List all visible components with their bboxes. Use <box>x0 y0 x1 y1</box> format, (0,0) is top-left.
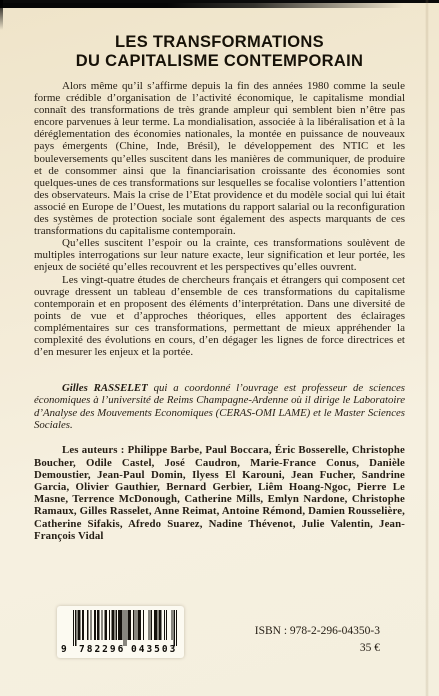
synopsis-paragraph-2: Qu’elles suscitent l’espoir ou la craint… <box>34 237 405 273</box>
book-title-line1: LES TRANSFORMATIONS <box>115 33 324 51</box>
scan-edge-left <box>0 0 3 30</box>
spine-crease <box>425 0 429 696</box>
isbn-block: ISBN : 978-2-296-04350-3 35 € <box>255 623 380 656</box>
barcode-digits-right: 043503 <box>131 644 177 655</box>
barcode-digits-left: 782296 <box>79 644 125 655</box>
synopsis-paragraph-3: Les vingt-quatre études de chercheurs fr… <box>34 274 405 359</box>
barcode-digit-lead: 9 <box>61 644 67 655</box>
cover-text-block: LES TRANSFORMATIONSDU CAPITALISME CONTEM… <box>34 0 405 542</box>
book-title-line2: DU CAPITALISME CONTEMPORAIN <box>76 52 363 70</box>
price: 35 € <box>255 640 380 657</box>
barcode-bars-icon <box>73 610 177 646</box>
isbn-number: ISBN : 978-2-296-04350-3 <box>255 623 380 640</box>
barcode: 9 782296 043503 <box>57 606 184 658</box>
synopsis-paragraph-1: Alors même qu’il s’affirme depuis la fin… <box>34 80 405 237</box>
authors-list: Les auteurs : Philippe Barbe, Paul Bocca… <box>34 444 405 542</box>
editor-name: Gilles RASSELET <box>62 382 148 394</box>
book-title: LES TRANSFORMATIONSDU CAPITALISME CONTEM… <box>34 33 405 70</box>
editor-bio: Gilles RASSELET qui a coordonné l’ouvrag… <box>34 382 405 431</box>
